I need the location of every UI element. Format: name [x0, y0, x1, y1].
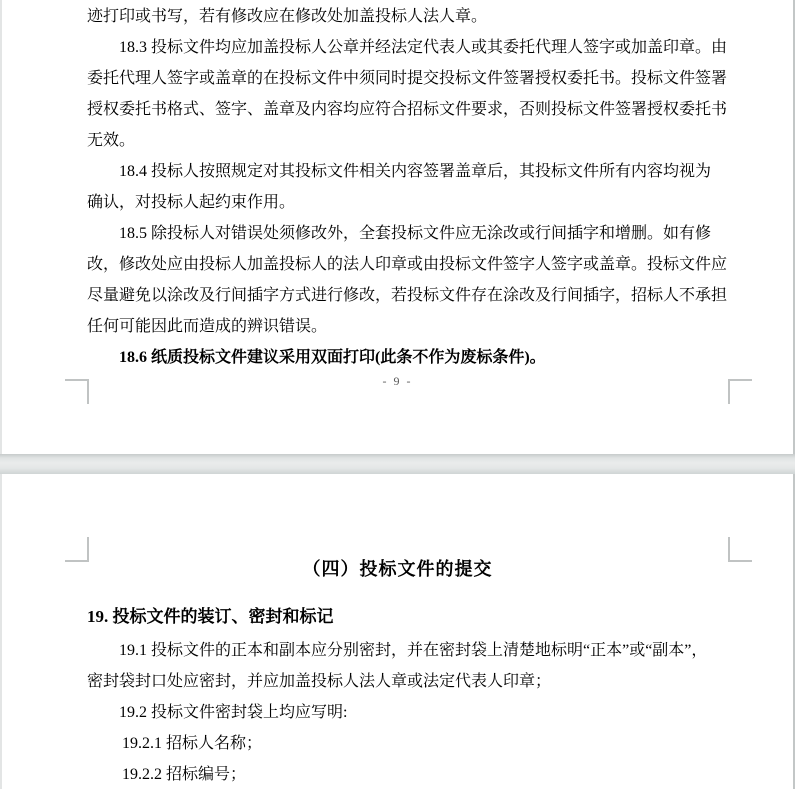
text-line-clause-19-2-2[interactable]: 19.2.2 招标编号； [87, 759, 793, 789]
text-line[interactable]: 改，修改处应由投标人加盖投标人的法人印章或由投标文件签字人签字或盖章。投标文件应 [87, 249, 793, 280]
text-line[interactable]: 任何可能因此而造成的辨识错误。 [87, 311, 793, 342]
page-1[interactable]: 迹打印或书写，若有修改应在修改处加盖投标人法人章。 18.3 投标文件均应加盖投… [0, 0, 795, 454]
text-line-clause-18-6[interactable]: 18.6 纸质投标文件建议采用双面打印(此条不作为废标条件)。 [87, 342, 793, 373]
text-line-clause-18-5[interactable]: 18.5 除投标人对错误处须修改外，全套投标文件应无涂改或行间插字和增删。如有修 [87, 218, 793, 249]
text-line[interactable]: 委托代理人签字或盖章的在投标文件中须同时提交投标文件签署授权委托书。投标文件签署 [87, 63, 793, 94]
text-line[interactable]: 授权委托书格式、签字、盖章及内容均应符合招标文件要求，否则投标文件签署授权委托书 [87, 94, 793, 125]
page-number-footer: - 9 - [2, 374, 793, 389]
text-line-clause-19-2-1[interactable]: 19.2.1 招标人名称； [87, 728, 793, 759]
page-2[interactable]: （四）投标文件的提交 19. 投标文件的装订、密封和标记 19.1 投标文件的正… [0, 474, 795, 789]
page-1-text-block: 迹打印或书写，若有修改应在修改处加盖投标人法人章。 18.3 投标文件均应加盖投… [2, 0, 793, 373]
text-line[interactable]: 密封袋封口处应密封，并应加盖投标人法人章或法定代表人印章； [87, 666, 793, 697]
page-gap [0, 454, 795, 474]
text-line-clause-19-2[interactable]: 19.2 投标文件密封袋上均应写明: [87, 697, 793, 728]
clause-19-heading[interactable]: 19. 投标文件的装订、密封和标记 [2, 604, 793, 630]
margin-mark-top-right [728, 537, 752, 562]
margin-mark-top-left [65, 537, 89, 562]
text-line-clause-19-1[interactable]: 19.1 投标文件的正本和副本应分别密封，并在密封袋上清楚地标明“正本”或“副本… [87, 635, 793, 666]
section-heading[interactable]: （四）投标文件的提交 [2, 556, 793, 582]
text-line[interactable]: 确认，对投标人起约束作用。 [87, 187, 793, 218]
document-viewer: 迹打印或书写，若有修改应在修改处加盖投标人法人章。 18.3 投标文件均应加盖投… [0, 0, 795, 789]
text-line[interactable]: 迹打印或书写，若有修改应在修改处加盖投标人法人章。 [87, 1, 793, 32]
text-line-clause-18-3[interactable]: 18.3 投标文件均应加盖投标人公章并经法定代表人或其委托代理人签字或加盖印章。… [87, 32, 793, 63]
page-2-text-block: 19.1 投标文件的正本和副本应分别密封，并在密封袋上清楚地标明“正本”或“副本… [2, 635, 793, 789]
text-line[interactable]: 无效。 [87, 125, 793, 156]
text-line-clause-18-4[interactable]: 18.4 投标人按照规定对其投标文件相关内容签署盖章后，其投标文件所有内容均视为 [87, 156, 793, 187]
text-line[interactable]: 尽量避免以涂改及行间插字方式进行修改，若投标文件存在涂改及行间插字，招标人不承担 [87, 280, 793, 311]
